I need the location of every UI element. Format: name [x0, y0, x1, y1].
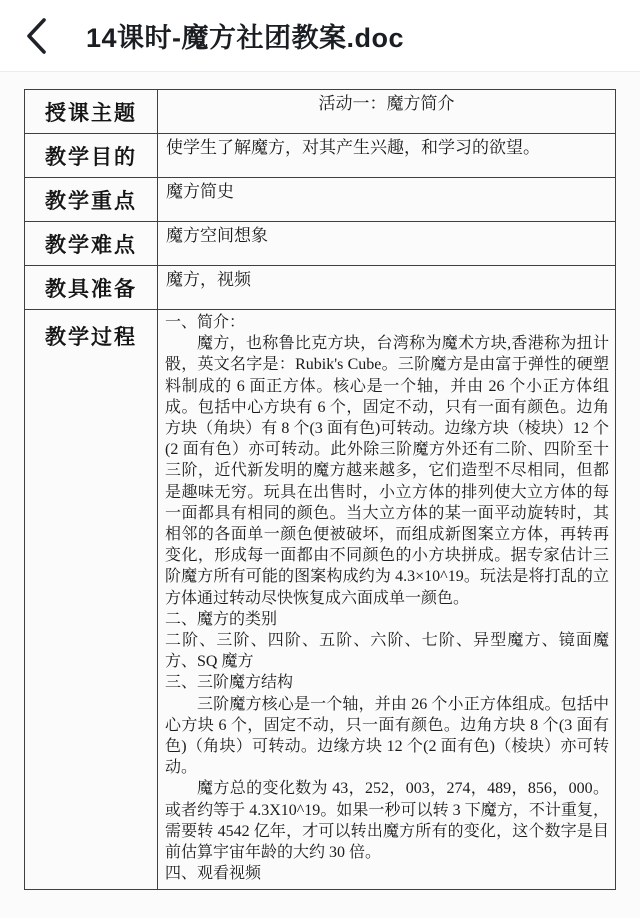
- table-row: 授课主题活动一：魔方简介: [25, 90, 616, 134]
- row-content: 魔方空间想象: [158, 222, 616, 266]
- process-text: 一、简介：魔方，也称鲁比克方块，台湾称为魔术方块,香港称为扭计骰，英文名字是：R…: [165, 312, 609, 884]
- row-label: 授课主题: [25, 90, 158, 134]
- process-paragraph: 四、观看视频: [165, 863, 609, 884]
- process-paragraph: 二、魔方的类别: [165, 609, 609, 630]
- row-label: 教学过程: [25, 310, 158, 890]
- row-content: 魔方，视频: [158, 266, 616, 310]
- row-content: 活动一：魔方简介: [158, 90, 616, 134]
- row-content: 一、简介：魔方，也称鲁比克方块，台湾称为魔术方块,香港称为扭计骰，英文名字是：R…: [158, 310, 616, 890]
- document-viewer[interactable]: 授课主题活动一：魔方简介教学目的使学生了解魔方，对其产生兴趣，和学习的欲望。教学…: [0, 72, 640, 918]
- process-paragraph: 魔方，也称鲁比克方块，台湾称为魔术方块,香港称为扭计骰，英文名字是：Rubik'…: [165, 333, 609, 609]
- process-paragraph: 二阶、三阶、四阶、五阶、六阶、七阶、异型魔方、镜面魔方、SQ 魔方: [165, 630, 609, 672]
- table-row: 教学重点魔方简史: [25, 178, 616, 222]
- row-content: 使学生了解魔方，对其产生兴趣，和学习的欲望。: [158, 134, 616, 178]
- row-label: 教学难点: [25, 222, 158, 266]
- lesson-plan-table: 授课主题活动一：魔方简介教学目的使学生了解魔方，对其产生兴趣，和学习的欲望。教学…: [24, 89, 616, 890]
- table-row-process: 教学过程一、简介：魔方，也称鲁比克方块，台湾称为魔术方块,香港称为扭计骰，英文名…: [25, 310, 616, 890]
- process-paragraph: 魔方总的变化数为 43，252，003，274，489，856，000。或者约等…: [165, 778, 609, 863]
- document-title: 14课时-魔方社团教案.doc: [86, 16, 404, 55]
- process-paragraph: 三、三阶魔方结构: [165, 672, 609, 693]
- back-button[interactable]: [8, 0, 64, 72]
- process-paragraph: 三阶魔方核心是一个轴，并由 26 个小正方体组成。包括中心方块 6 个，固定不动…: [165, 694, 609, 779]
- table-row: 教学目的使学生了解魔方，对其产生兴趣，和学习的欲望。: [25, 134, 616, 178]
- row-label: 教学目的: [25, 134, 158, 178]
- row-content: 魔方简史: [158, 178, 616, 222]
- title-bar: 14课时-魔方社团教案.doc: [0, 0, 640, 72]
- chevron-left-icon: [24, 17, 48, 55]
- table-row: 教具准备魔方，视频: [25, 266, 616, 310]
- process-paragraph: 一、简介：: [165, 312, 609, 333]
- table-row: 教学难点魔方空间想象: [25, 222, 616, 266]
- row-label: 教学重点: [25, 178, 158, 222]
- row-label: 教具准备: [25, 266, 158, 310]
